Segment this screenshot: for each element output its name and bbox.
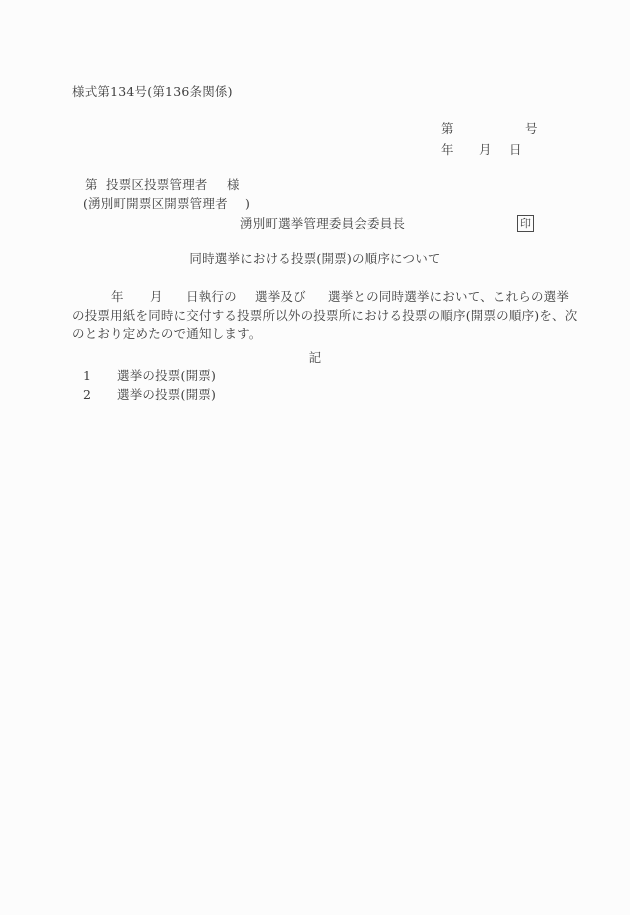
seal-box: 印 [517,215,534,232]
addressee-alt-open: (湧別町開票区開票管理者 [83,197,228,211]
doc-number-suffix: 号 [525,122,538,136]
list-item-2-number: 2 [83,388,91,402]
body-day-exec: 日執行の [186,290,237,304]
body-month-label: 月 [150,290,163,304]
addressee-alt-close: ) [245,197,250,211]
ki-marker: 記 [0,351,630,365]
addressee-role: 投票区投票管理者 [106,178,208,192]
body-line3: のとおり定めたので通知します。 [72,327,262,341]
subject-title: 同時選挙における投票(開票)の順序について [0,252,630,266]
body-line1-rest: 選挙との同時選挙において、これらの選挙 [328,290,569,304]
date-month-label: 月 [479,143,492,157]
sender-title: 湧別町選挙管理委員会委員長 [240,217,405,231]
document-page: 様式第134号(第136条関係) 第 号 年 月 日 第 投票区投票管理者 様 … [0,0,630,915]
form-number-label: 様式第134号(第136条関係) [72,85,233,99]
body-year-label: 年 [111,290,124,304]
list-item-2-text: 選挙の投票(開票) [117,388,216,402]
list-item-1-text: 選挙の投票(開票) [117,369,216,383]
doc-number-prefix: 第 [441,122,454,136]
body-election-and: 選挙及び [255,290,306,304]
body-line2: の投票用紙を同時に交付する投票所以外の投票所における投票の順序(開票の順序)を、… [72,309,577,323]
seal-mark: 印 [520,218,531,229]
addressee-dai: 第 [85,178,98,192]
date-year-label: 年 [441,143,454,157]
date-day-label: 日 [509,143,522,157]
list-item-1-number: 1 [83,369,91,383]
addressee-honorific: 様 [227,178,240,192]
